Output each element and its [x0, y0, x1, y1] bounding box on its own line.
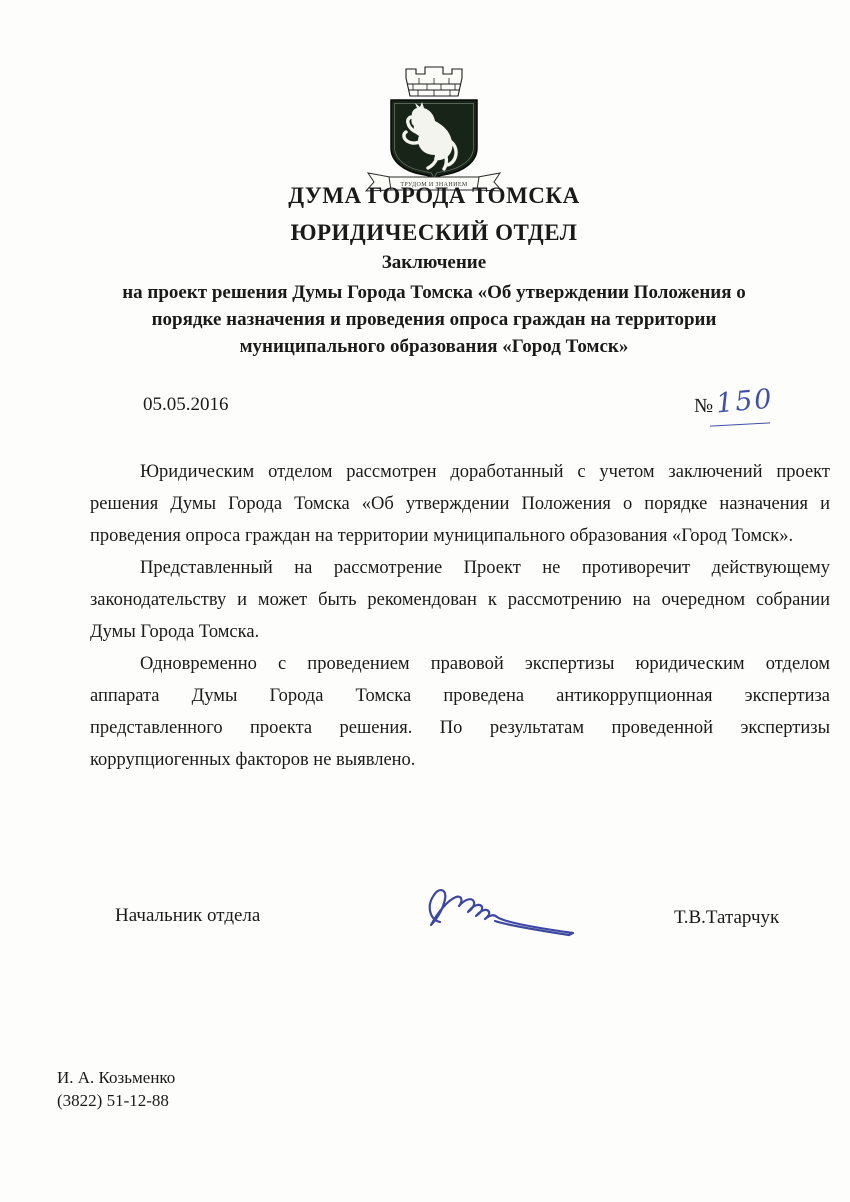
executor-block: И. А. Козьменко (3822) 51-12-88: [57, 1066, 175, 1112]
executor-name: И. А. Козьменко: [57, 1066, 175, 1089]
document-title-line: на проект решения Думы Города Томска «Об…: [84, 279, 784, 306]
organization-name: ДУМА ГОРОДА ТОМСКА: [9, 183, 850, 209]
body-line: Юридическим отделом рассмотрен доработан…: [90, 456, 830, 488]
body-line: Думы Города Томска.: [90, 616, 830, 648]
signer-position: Начальник отдела: [115, 905, 260, 927]
department-name: ЮРИДИЧЕСКИЙ ОТДЕЛ: [9, 220, 850, 246]
body-line: Одновременно с проведением правовой эксп…: [90, 648, 830, 680]
document-title-line: муниципального образования «Город Томск»: [84, 333, 784, 360]
tomsk-coat-of-arms: ТРУДОМ И ЗНАНИЕМ: [358, 62, 510, 194]
paragraph: Одновременно с проведением правовой эксп…: [90, 648, 830, 776]
document-type: Заключение: [9, 252, 850, 274]
scanned-letter-page: ТРУДОМ И ЗНАНИЕМ ДУМА ГОРОДА ТОМСКА ЮРИД…: [0, 0, 850, 1202]
body-line: проведения опроса граждан на территории …: [90, 520, 830, 552]
handwritten-signature: [418, 870, 613, 938]
number-underline: [710, 422, 770, 426]
document-body: Юридическим отделом рассмотрен доработан…: [90, 456, 830, 776]
document-number-sign: №: [694, 395, 713, 418]
document-date: 05.05.2016: [143, 394, 229, 416]
body-line: коррупциогенных факторов не выявлено.: [90, 744, 830, 776]
signer-name: Т.В.Татарчук: [674, 907, 779, 929]
document-title-line: порядке назначения и проведения опроса г…: [84, 306, 784, 333]
body-line: представленного проекта решения. По резу…: [90, 712, 830, 744]
body-line: аппарата Думы Города Томска проведена ан…: [90, 680, 830, 712]
executor-phone: (3822) 51-12-88: [57, 1089, 175, 1112]
paragraph: Представленный на рассмотрение Проект не…: [90, 552, 830, 648]
document-number-handwritten: 150: [715, 384, 775, 420]
paragraph: Юридическим отделом рассмотрен доработан…: [90, 456, 830, 552]
document-title: на проект решения Думы Города Томска «Об…: [84, 279, 784, 360]
body-line: Представленный на рассмотрение Проект не…: [90, 552, 830, 584]
mural-crown-icon: [406, 67, 462, 96]
body-line: решения Думы Города Томска «Об утвержден…: [90, 488, 830, 520]
body-line: законодательству и может быть рекомендов…: [90, 584, 830, 616]
